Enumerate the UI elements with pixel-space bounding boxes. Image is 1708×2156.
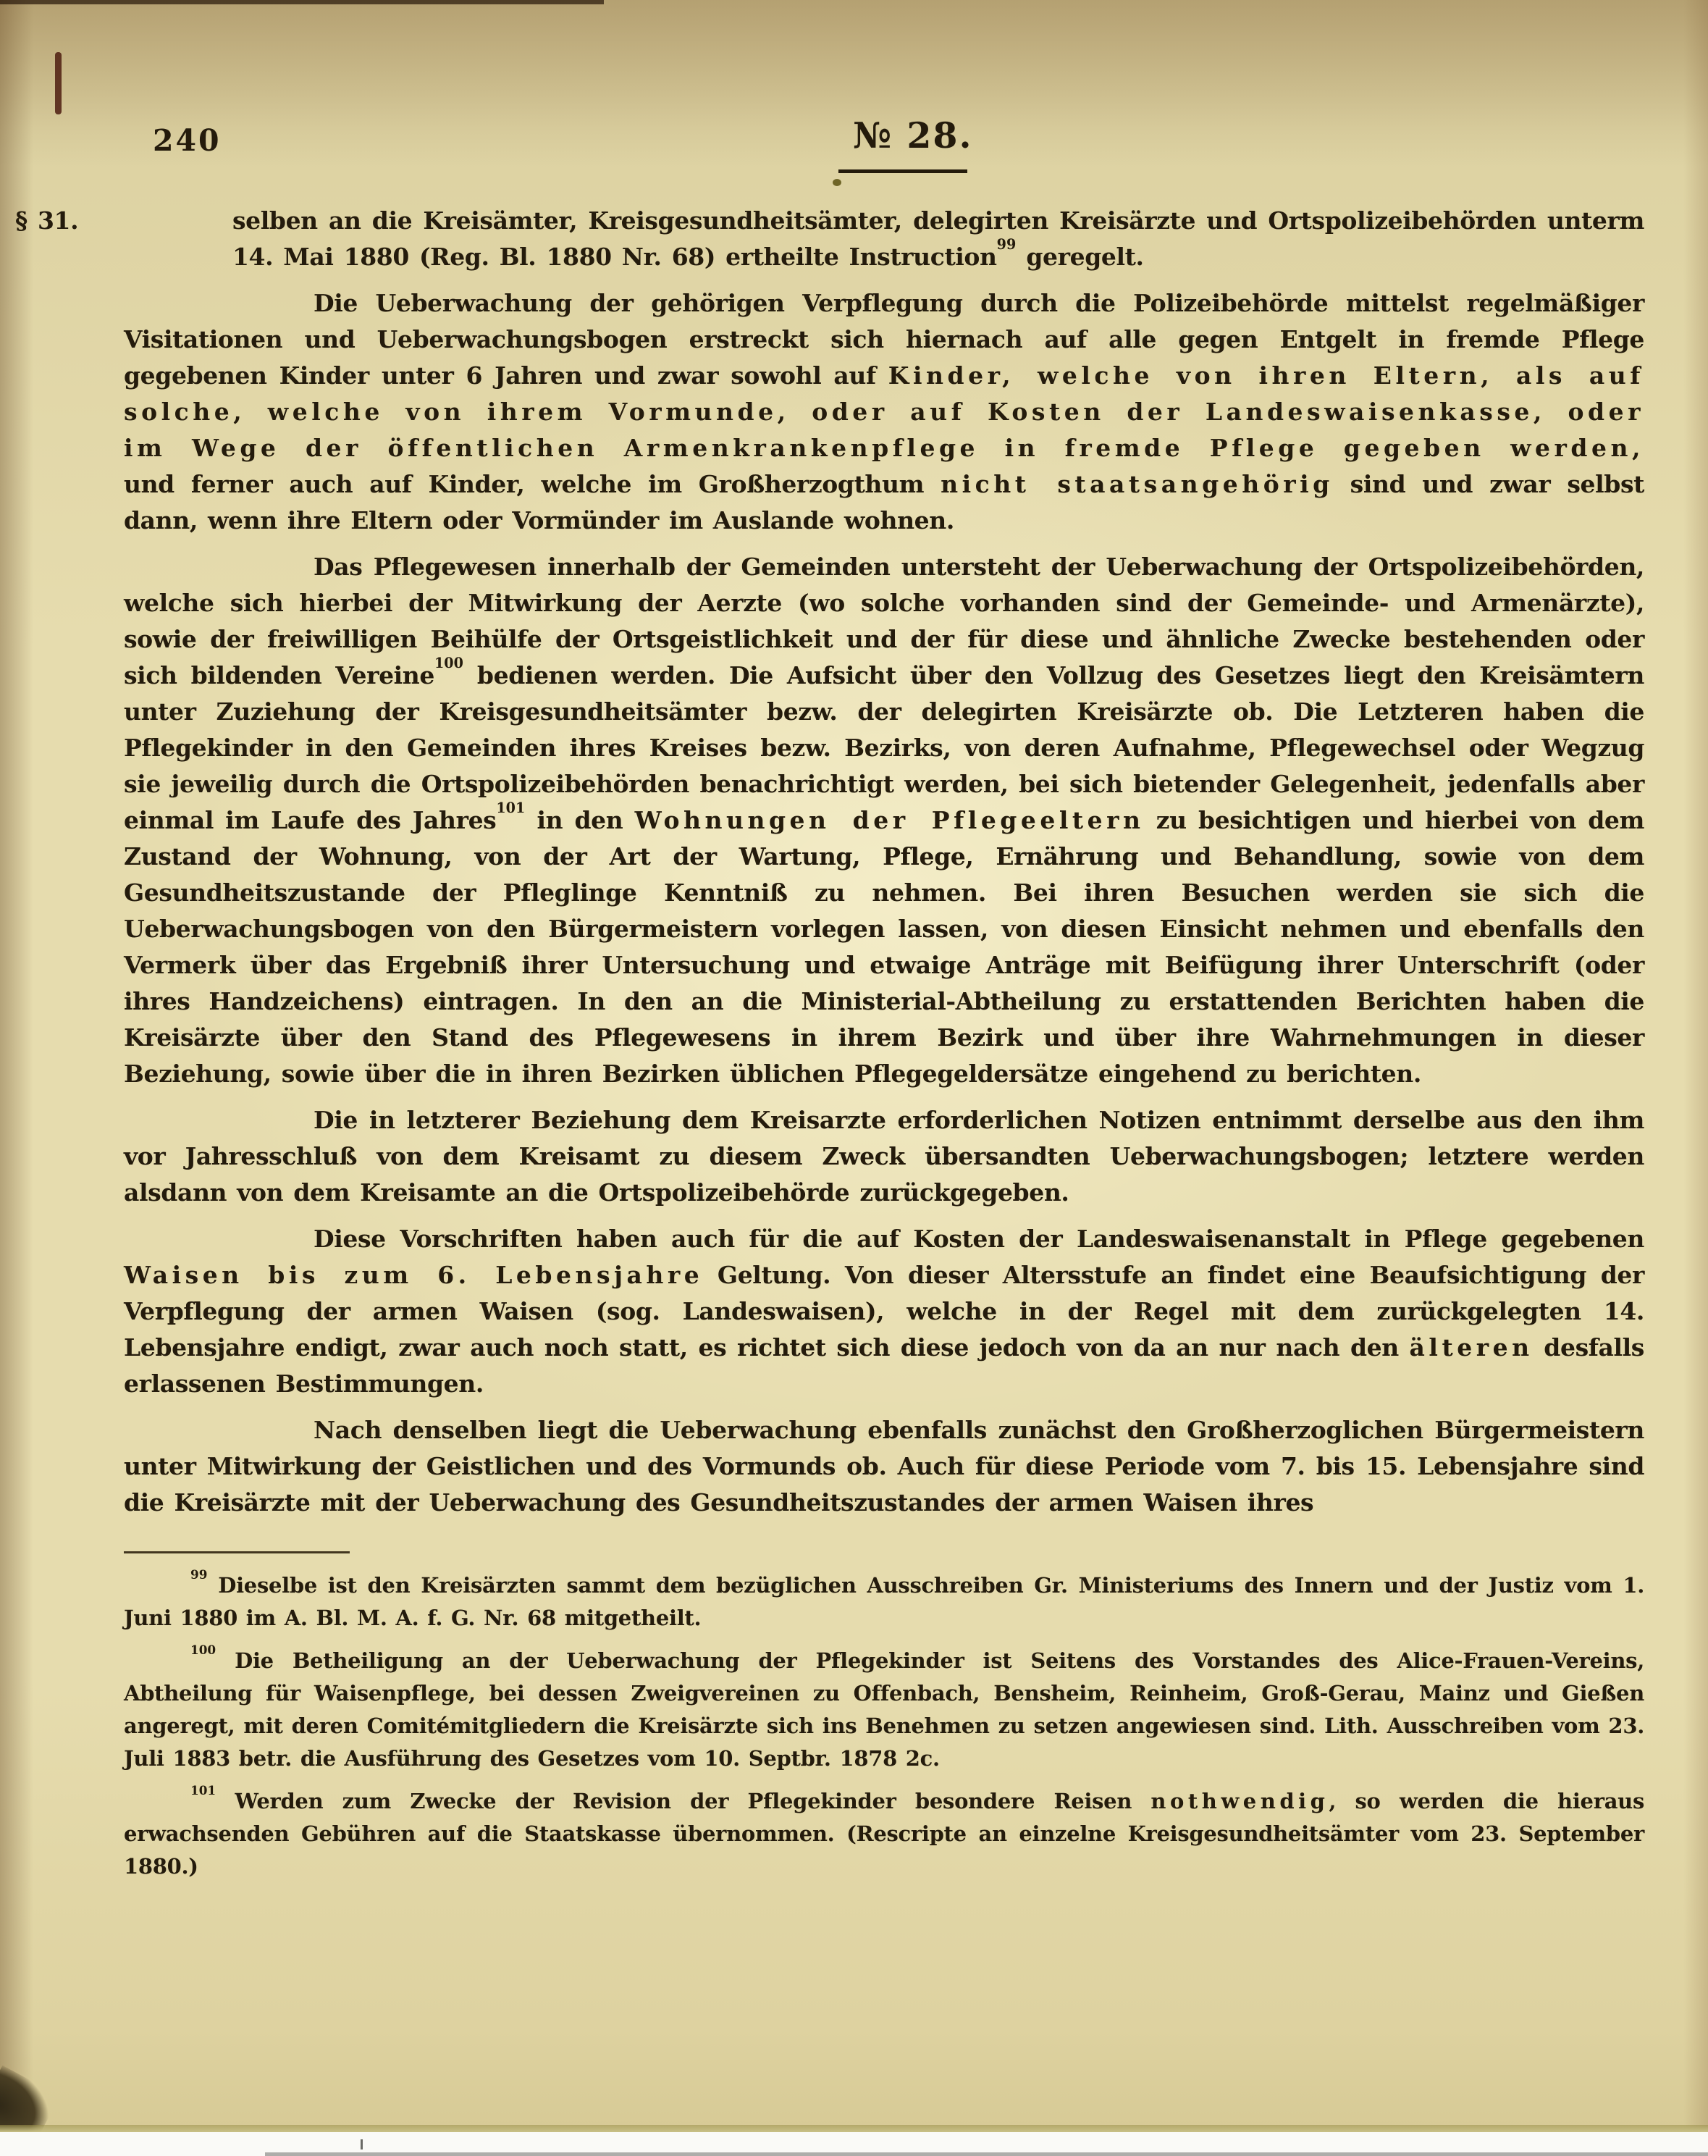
paragraph: Diese Vorschriften haben auch für die au… <box>124 1221 1644 1402</box>
scan-edge-line-bottom <box>265 2152 1708 2156</box>
footnote-99: 99 Dieselbe ist den Kreisärzten sammt de… <box>124 1569 1644 1635</box>
footnote-separator-rule <box>124 1551 350 1553</box>
paragraph: Nach denselben liegt die Ueberwachung eb… <box>124 1412 1644 1521</box>
scan-speck <box>361 2139 363 2149</box>
paper-edge-bottom <box>0 2125 1708 2132</box>
footnote-101: 101 Werden zum Zwecke der Revision der P… <box>124 1785 1644 1883</box>
paragraph-section-31: § 31. selben an die Kreisämter, Kreisges… <box>124 203 1644 275</box>
ink-dot <box>833 179 841 186</box>
footnote-100: 100 Die Betheiligung an der Ueberwachung… <box>124 1645 1644 1775</box>
ink-mark-top-left <box>55 52 62 114</box>
scan-edge-line-top <box>0 0 604 4</box>
section-label: § 31. <box>15 203 78 239</box>
paragraph: Die Ueberwachung der gehörigen Verpflegu… <box>124 285 1644 539</box>
scanned-document-page: 240 № 28. § 31. selben an die Kreisämter… <box>0 0 1708 2156</box>
paragraph-text: selben an die Kreisämter, Kreisgesundhei… <box>232 206 1644 271</box>
issue-underline <box>838 169 967 173</box>
issue-number: № 28. <box>853 114 973 156</box>
text-column: § 31. selben an die Kreisämter, Kreisges… <box>124 203 1644 1883</box>
paragraph: Die in letzterer Beziehung dem Kreisarzt… <box>124 1102 1644 1211</box>
footnotes: 99 Dieselbe ist den Kreisärzten sammt de… <box>124 1569 1644 1883</box>
paper-shadow-right <box>1683 0 1708 2156</box>
paragraph: Das Pflegewesen innerhalb der Gemeinden … <box>124 549 1644 1092</box>
page-number: 240 <box>153 123 222 158</box>
paper-shadow-left <box>0 0 33 2156</box>
